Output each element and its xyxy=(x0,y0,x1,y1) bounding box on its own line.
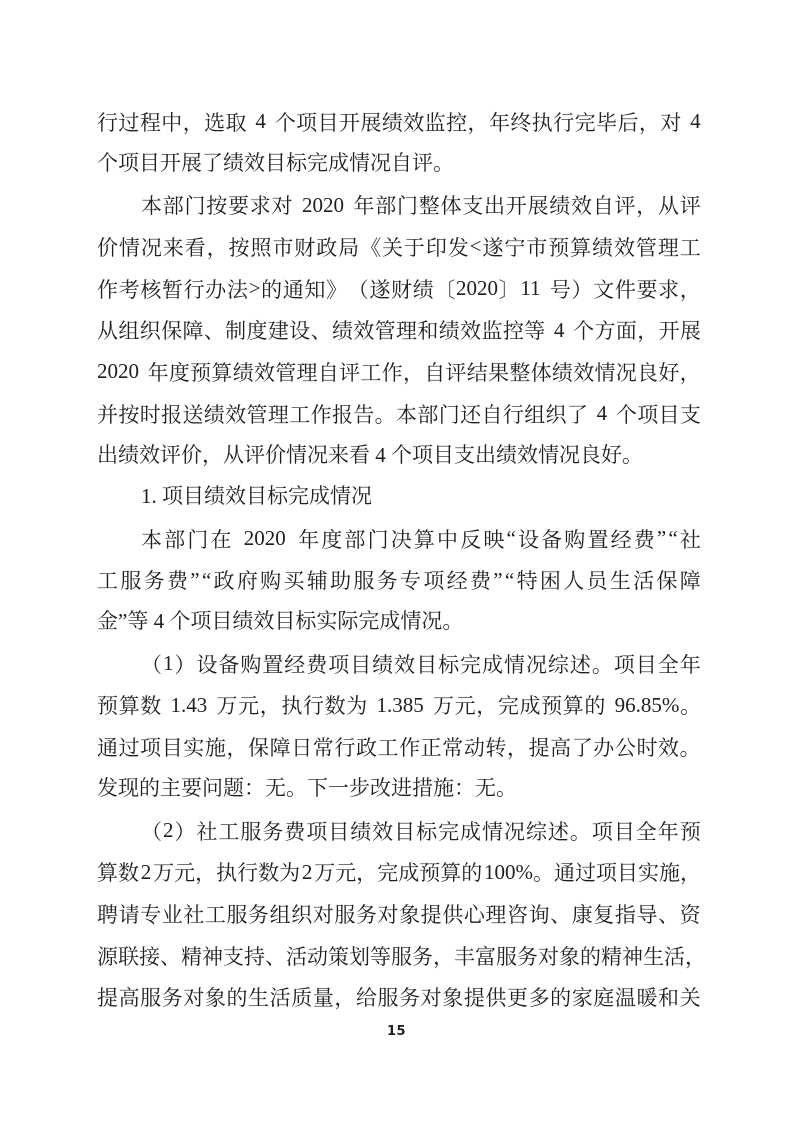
text-line: 从组织保障、制度建设、绩效管理和绩效监控等4个方面，开展 xyxy=(97,309,701,351)
text-line: 个项目开展了绩效目标完成情况自评。 xyxy=(97,143,701,185)
document-body: 行过程中，选取4个项目开展绩效监控，年终执行完毕后，对4个项目开展了绩效目标完成… xyxy=(97,101,701,1018)
text-line: 作考核暂行办法>的通知》（遂财绩〔2020〕11号）文件要求， xyxy=(97,268,701,310)
text-line: 发现的主要问题：无。下一步改进措施：无。 xyxy=(97,768,701,810)
text-line: 聘请专业社工服务组织对服务对象提供心理咨询、康复指导、资 xyxy=(97,893,701,935)
text-line: 本部门在2020年度部门决算中反映“设备购置经费”“社 xyxy=(97,518,701,560)
document-page: 行过程中，选取4个项目开展绩效监控，年终执行完毕后，对4个项目开展了绩效目标完成… xyxy=(0,0,793,1122)
text-line: 算数2万元，执行数为2万元，完成预算的100%。通过项目实施， xyxy=(97,851,701,893)
text-line: 2020年度预算绩效管理自评工作，自评结果整体绩效情况良好， xyxy=(97,351,701,393)
text-line: 金”等 4 个项目绩效目标实际完成情况。 xyxy=(97,601,701,643)
text-line: 工服务费”“政府购买辅助服务专项经费”“特困人员生活保障 xyxy=(97,560,701,602)
text-line: 源联接、精神支持、活动策划等服务，丰富服务对象的精神生活， xyxy=(97,935,701,977)
text-line: 提高服务对象的生活质量，给服务对象提供更多的家庭温暖和关 xyxy=(97,976,701,1018)
text-line: （2）社工服务费项目绩效目标完成情况综述。项目全年预 xyxy=(97,810,701,852)
text-line: （1）设备购置经费项目绩效目标完成情况综述。项目全年 xyxy=(97,643,701,685)
text-line: 本部门按要求对2020年部门整体支出开展绩效自评，从评 xyxy=(97,184,701,226)
text-line: 通过项目实施，保障日常行政工作正常动转，提高了办公时效。 xyxy=(97,726,701,768)
text-line: 并按时报送绩效管理工作报告。本部门还自行组织了4个项目支 xyxy=(97,393,701,435)
text-line: 1. 项目绩效目标完成情况 xyxy=(97,476,701,518)
text-line: 行过程中，选取4个项目开展绩效监控，年终执行完毕后，对4 xyxy=(97,101,701,143)
text-line: 价情况来看，按照市财政局《关于印发<遂宁市预算绩效管理工 xyxy=(97,226,701,268)
page-number: 15 xyxy=(0,1024,793,1039)
text-line: 出绩效评价，从评价情况来看 4 个项目支出绩效情况良好。 xyxy=(97,435,701,477)
text-line: 预算数1.43万元，执行数为1.385万元，完成预算的96.85%。 xyxy=(97,685,701,727)
